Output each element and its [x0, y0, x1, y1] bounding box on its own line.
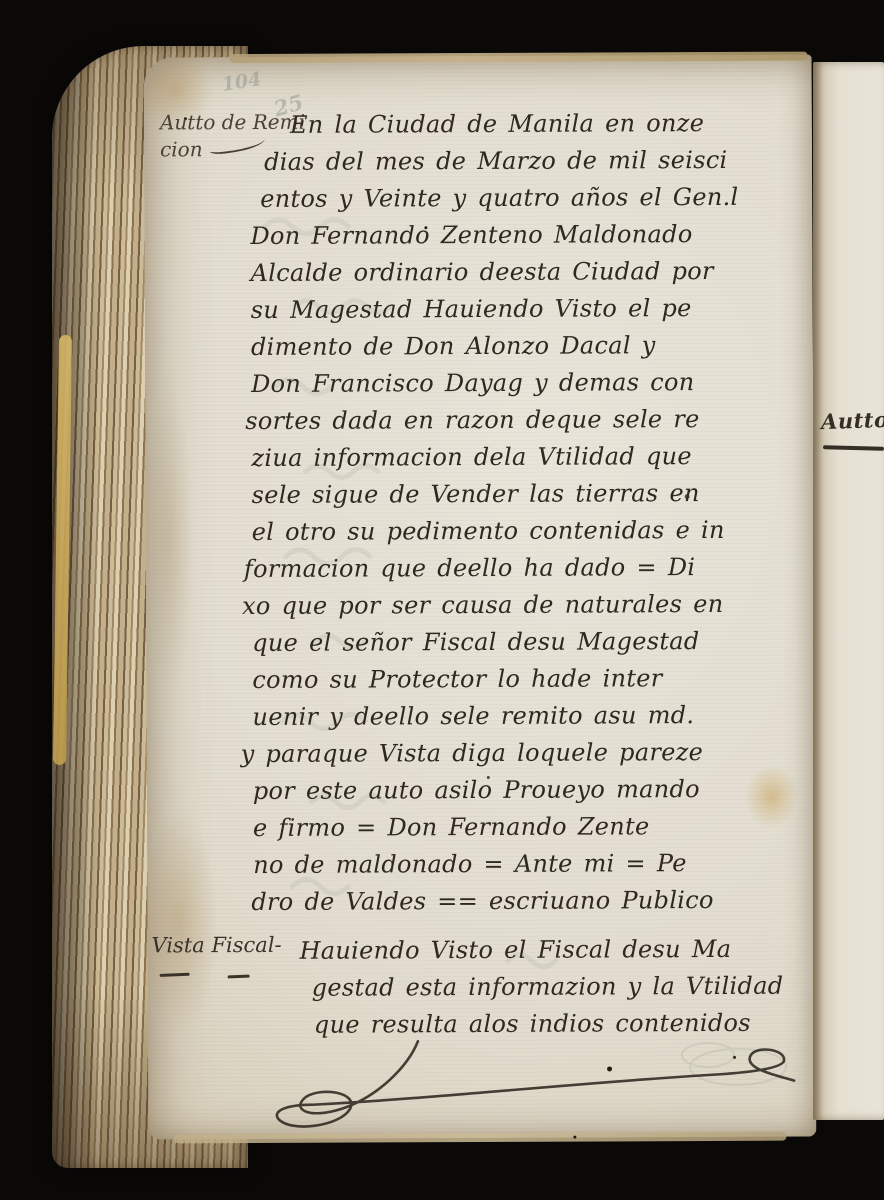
fiscal-response-block: Hauiendo Visto el Fiscal desu Ma gestad … [299, 931, 799, 1044]
text-line: por este auto asilo Proueyo mando [253, 771, 793, 810]
text-line: Hauiendo Visto el Fiscal desu Ma [299, 931, 799, 970]
text-line: Don Francisco Dayag y demas con [251, 364, 791, 403]
text-line: y paraque Vista diga loquele pareze [241, 734, 793, 773]
text-line: como su Protector lo hade inter [252, 660, 792, 699]
text-line: e firmo = Don Fernando Zente [253, 808, 793, 847]
text-line: entos y Veinte y quatro años el Gen.l [260, 179, 790, 218]
main-text-block: En la Ciudad de Manila en onze dias del … [250, 105, 794, 921]
manuscript-page: 104 25 Autto de Remi cion En la Ciudad d… [144, 55, 817, 1140]
next-page-underline [823, 445, 884, 451]
text-line: sortes dada en razon deque sele re [245, 401, 791, 440]
text-line: Alcalde ordinario deesta Ciudad por [251, 253, 791, 292]
next-page-edge: Autto [813, 62, 884, 1120]
text-line: ziua informacion dela Vtilidad que [251, 438, 791, 477]
book-photograph: 104 25 Autto de Remi cion En la Ciudad d… [0, 0, 884, 1200]
text-line: gestad esta informazion y la Vtilidad [312, 968, 800, 1007]
text-line: dro de Valdes == escriuano Publico [251, 882, 793, 921]
text-line: que el señor Fiscal desu Magestad [252, 623, 792, 662]
text-line: xo que por ser causa de naturales en [242, 586, 792, 625]
rubric-flourish [238, 1035, 798, 1137]
next-page-text-fragment: Autto [821, 407, 884, 434]
text-line: En la Ciudad de Manila en onze [290, 105, 790, 144]
text-line: uenir y deello sele remito asu md. [252, 697, 792, 736]
text-line: su Magestad Hauiendo Visto el pe [251, 290, 791, 329]
margin-note-vista-fiscal: Vista Fiscal- [151, 933, 281, 958]
text-line: el otro su pedimento contenidas e in [252, 512, 792, 551]
text-line: sele sigue de Vender las tierras en [251, 475, 791, 514]
text-line: dimento de Don Alonzo Dacal y [251, 327, 791, 366]
text-line: dias del mes de Marzo de mil seisci [264, 142, 790, 181]
text-line: no de maldonado = Ante mi = Pe [253, 845, 793, 884]
text-line: Don Fernando Zenteno Maldonado [250, 216, 790, 255]
text-line: formacion que deello ha dado = Di [244, 549, 792, 588]
